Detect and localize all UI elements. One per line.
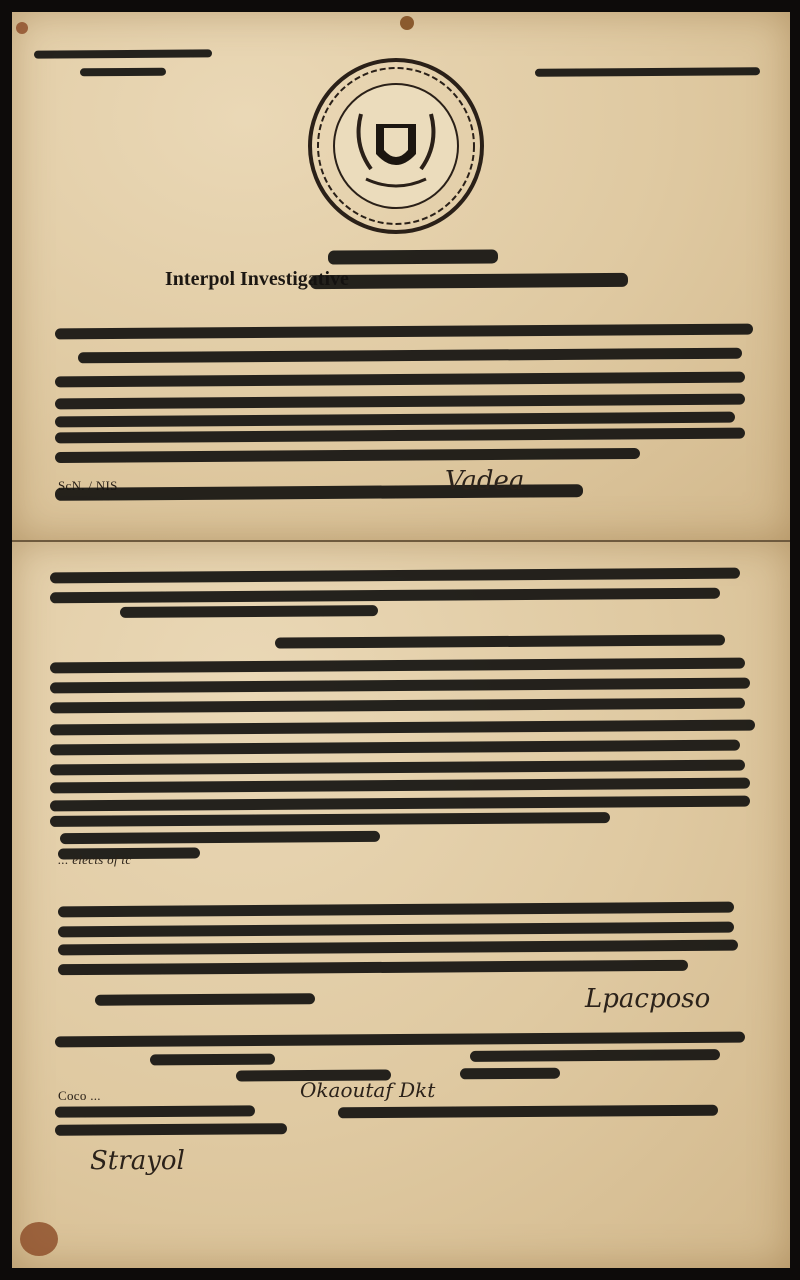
- signature: Vadea: [445, 466, 524, 496]
- redaction-bar: [328, 249, 498, 264]
- signature: Strayol: [90, 1146, 185, 1176]
- signature: Okaoutaf Dkt: [300, 1078, 435, 1102]
- pin-hole-icon: [400, 16, 414, 30]
- footer-text: Coco ...: [58, 1088, 101, 1104]
- redaction-bar: [80, 68, 166, 77]
- stain-mark: [16, 22, 28, 34]
- page-fold: [12, 540, 790, 542]
- official-seal-icon: [306, 54, 486, 238]
- redaction-bar: [34, 49, 212, 58]
- stain-mark: [20, 1222, 58, 1256]
- redaction-bar: [310, 273, 628, 289]
- redaction-bar: [535, 67, 760, 77]
- signature: Lpacposo: [585, 984, 710, 1014]
- closing-text: ... elects of tc: [58, 852, 131, 868]
